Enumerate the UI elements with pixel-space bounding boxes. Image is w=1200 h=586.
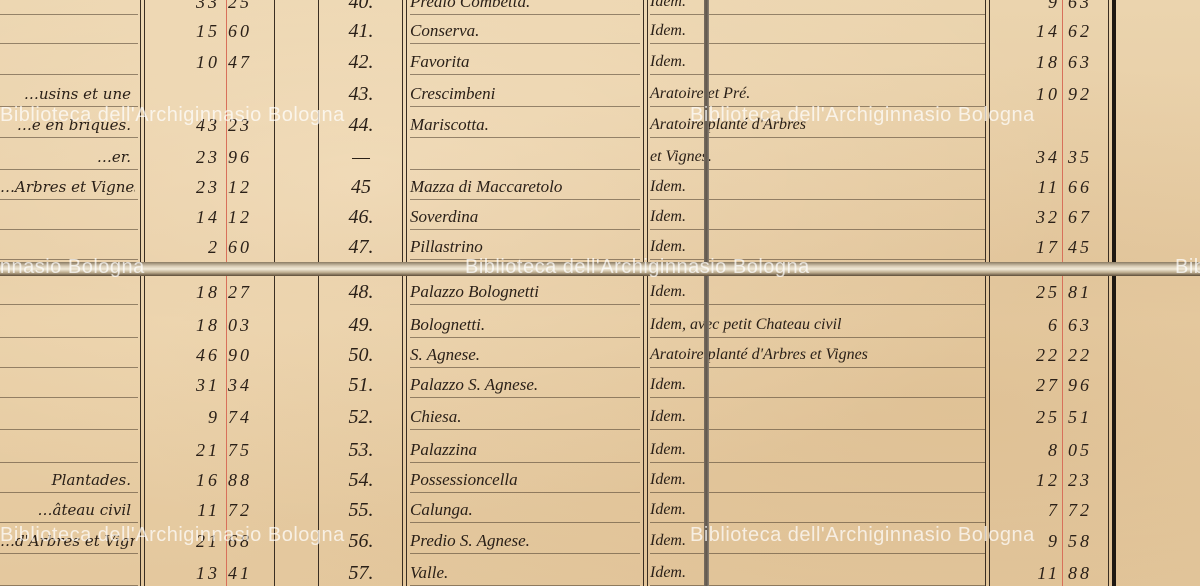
ledger-line <box>650 199 985 200</box>
ledger-line <box>650 397 985 398</box>
table-row: 313451.Palazzo S. Agnese.Idem.2796 <box>0 371 1200 399</box>
ledger-line <box>0 74 138 75</box>
ledger-line <box>650 337 985 338</box>
cultivation-type: Idem. <box>650 203 988 231</box>
area-decimal: 81 <box>1068 278 1114 306</box>
table-row: 97452.Chiesa.Idem.2551 <box>0 403 1200 431</box>
ledger-line <box>410 43 640 44</box>
parcel-name: Palazzo S. Agnese. <box>410 371 642 399</box>
area-decimal: 63 <box>1068 311 1114 339</box>
prior-area-integer: 10 <box>150 48 220 76</box>
area-integer: 25 <box>990 403 1060 431</box>
prior-area-decimal: 60 <box>228 233 288 261</box>
area-decimal: 72 <box>1068 496 1114 524</box>
cultivation-type: Idem. <box>650 466 988 494</box>
parcel-name: Mariscotta. <box>410 111 642 139</box>
area-integer: 9 <box>990 0 1060 16</box>
area-integer: 14 <box>990 17 1060 45</box>
area-decimal: 58 <box>1068 527 1114 555</box>
area-decimal: 63 <box>1068 48 1114 76</box>
ledger-line <box>410 337 640 338</box>
ledger-line <box>650 74 985 75</box>
prior-area-integer: 23 <box>150 173 220 201</box>
prior-column-description <box>0 341 135 369</box>
parcel-name: Valle. <box>410 559 642 586</box>
ledger-line <box>0 199 138 200</box>
cultivation-type: Idem. <box>650 278 988 306</box>
ledger-line <box>650 522 985 523</box>
ledger-line <box>650 304 985 305</box>
entry-number: 49. <box>320 311 402 339</box>
ledger-line <box>650 492 985 493</box>
prior-column-description <box>0 436 135 464</box>
ledger-line <box>410 169 640 170</box>
prior-area-integer: 31 <box>150 371 220 399</box>
table-row: 104742.FavoritaIdem.1863 <box>0 48 1200 76</box>
cultivation-type: et Vignes. <box>650 143 988 171</box>
entry-number: 48. <box>320 278 402 306</box>
ledger-line <box>650 367 985 368</box>
ledger-line <box>650 429 985 430</box>
area-integer: 32 <box>990 203 1060 231</box>
area-integer: 18 <box>990 48 1060 76</box>
ledger-line <box>0 304 138 305</box>
entry-number: 46. <box>320 203 402 231</box>
watermark: Biblioteca dell'Archiginnasio Bologna <box>690 104 1035 127</box>
entry-number: 52. <box>320 403 402 431</box>
cultivation-type: Idem. <box>650 559 988 586</box>
parcel-name: Conserva. <box>410 17 642 45</box>
ledger-line <box>0 337 138 338</box>
ledger-line <box>410 492 640 493</box>
parcel-name: Soverdina <box>410 203 642 231</box>
prior-area-integer: 15 <box>150 17 220 45</box>
table-row: 134157.Valle.Idem.1188 <box>0 559 1200 586</box>
cultivation-type: Idem. <box>650 403 988 431</box>
ledger-line <box>410 462 640 463</box>
ledger-line <box>0 553 138 554</box>
entry-number: — <box>320 143 402 171</box>
watermark: Biblioteca dell'Archiginnasio Bologna <box>0 104 345 127</box>
prior-column-description: …âteau civil <box>0 496 135 524</box>
parcel-name: S. Agnese. <box>410 341 642 369</box>
ledger-line <box>410 74 640 75</box>
table-row: 217553.PalazzinaIdem.805 <box>0 436 1200 464</box>
cultivation-type: Idem. <box>650 48 988 76</box>
ledger-line <box>650 553 985 554</box>
prior-area-decimal: 27 <box>228 278 288 306</box>
prior-area-integer: 18 <box>150 311 220 339</box>
parcel-name: Favorita <box>410 48 642 76</box>
table-row: 182748.Palazzo BolognettiIdem.2581 <box>0 278 1200 306</box>
table-row: 141246.SoverdinaIdem.3267 <box>0 203 1200 231</box>
entry-number: 53. <box>320 436 402 464</box>
watermark: Biblioteca dell'Archiginnasio Bologna <box>1175 256 1200 279</box>
prior-column-description <box>0 203 135 231</box>
prior-area-decimal: 75 <box>228 436 288 464</box>
ledger-line <box>410 522 640 523</box>
cultivation-type: Idem. <box>650 436 988 464</box>
parcel-name <box>410 143 642 171</box>
prior-area-decimal: 12 <box>228 203 288 231</box>
entry-number: 51. <box>320 371 402 399</box>
area-integer: 7 <box>990 496 1060 524</box>
entry-number: 42. <box>320 48 402 76</box>
ledger-line <box>410 14 640 15</box>
watermark: Biblioteca dell'Archiginnasio Bologna <box>0 256 145 279</box>
area-integer: 27 <box>990 371 1060 399</box>
watermark: Biblioteca dell'Archiginnasio Bologna <box>0 524 345 547</box>
ledger-line <box>650 169 985 170</box>
prior-area-integer: 21 <box>150 436 220 464</box>
prior-area-decimal: 41 <box>228 559 288 586</box>
prior-area-decimal: 25 <box>228 0 288 16</box>
entry-number: 41. <box>320 17 402 45</box>
table-row: …er.2396—et Vignes.3435 <box>0 143 1200 171</box>
prior-area-decimal: 03 <box>228 311 288 339</box>
ledger-line <box>0 462 138 463</box>
prior-area-decimal: 74 <box>228 403 288 431</box>
ledger-line <box>650 229 985 230</box>
cultivation-type: Idem. <box>650 173 988 201</box>
prior-area-integer: 18 <box>150 278 220 306</box>
entry-number: 55. <box>320 496 402 524</box>
table-row: Plantades.168854.PossessioncellaIdem.122… <box>0 466 1200 494</box>
prior-column-description: …Arbres et Vignes <box>0 173 135 201</box>
watermark: Biblioteca dell'Archiginnasio Bologna <box>465 256 810 279</box>
ledger-line <box>0 492 138 493</box>
prior-area-integer: 23 <box>150 143 220 171</box>
area-decimal: 66 <box>1068 173 1114 201</box>
prior-area-integer: 46 <box>150 341 220 369</box>
parcel-name: Crescimbeni <box>410 80 642 108</box>
area-decimal: 63 <box>1068 0 1114 16</box>
area-decimal: 62 <box>1068 17 1114 45</box>
ledger-line <box>410 397 640 398</box>
prior-area-integer: 33 <box>150 0 220 16</box>
table-row: 156041.Conserva.Idem.1462 <box>0 17 1200 45</box>
ledger-line <box>0 14 138 15</box>
ledger-line <box>650 43 985 44</box>
prior-column-description <box>0 371 135 399</box>
cultivation-type: Aratoire planté d'Arbres et Vignes <box>650 341 988 369</box>
parcel-name: Possessioncella <box>410 466 642 494</box>
cultivation-type: Idem. <box>650 371 988 399</box>
area-decimal: 35 <box>1068 143 1114 171</box>
area-integer: 8 <box>990 436 1060 464</box>
ledger-line <box>410 106 640 107</box>
area-integer: 6 <box>990 311 1060 339</box>
area-integer: 11 <box>990 173 1060 201</box>
area-integer: 17 <box>990 233 1060 261</box>
parcel-name: Palazzo Bolognetti <box>410 278 642 306</box>
prior-area-decimal: 96 <box>228 143 288 171</box>
area-integer: 34 <box>990 143 1060 171</box>
prior-area-decimal: 90 <box>228 341 288 369</box>
ledger-line <box>410 199 640 200</box>
ledger-line <box>410 229 640 230</box>
ledger-line <box>0 367 138 368</box>
parcel-name: Bolognetti. <box>410 311 642 339</box>
area-integer: 25 <box>990 278 1060 306</box>
ledger-line <box>0 397 138 398</box>
cultivation-type: Idem. <box>650 496 988 524</box>
prior-area-integer: 14 <box>150 203 220 231</box>
ledger-line <box>0 43 138 44</box>
ledger-line <box>410 137 640 138</box>
table-row: 469050.S. Agnese.Aratoire planté d'Arbre… <box>0 341 1200 369</box>
prior-area-decimal: 12 <box>228 173 288 201</box>
area-integer: 12 <box>990 466 1060 494</box>
entry-number: 57. <box>320 559 402 586</box>
prior-area-integer: 16 <box>150 466 220 494</box>
area-decimal: 22 <box>1068 341 1114 369</box>
prior-area-decimal: 88 <box>228 466 288 494</box>
ledger-line <box>0 522 138 523</box>
ledger-line <box>410 553 640 554</box>
parcel-name: Mazza di Maccaretolo <box>410 173 642 201</box>
prior-column-description <box>0 403 135 431</box>
ledger-line <box>410 429 640 430</box>
area-decimal: 45 <box>1068 233 1114 261</box>
prior-area-integer: 2 <box>150 233 220 261</box>
entry-number: 54. <box>320 466 402 494</box>
area-decimal: 23 <box>1068 466 1114 494</box>
entry-number: 40. <box>320 0 402 16</box>
parcel-name: Palazzina <box>410 436 642 464</box>
area-decimal: 92 <box>1068 80 1114 108</box>
vertical-paper-fold <box>704 0 709 586</box>
prior-area-integer: 11 <box>150 496 220 524</box>
cultivation-type: Idem. <box>650 17 988 45</box>
table-row: 180349.Bolognetti.Idem, avec petit Chate… <box>0 311 1200 339</box>
prior-column-description: Plantades. <box>0 466 135 494</box>
ledger-line <box>410 367 640 368</box>
area-decimal: 88 <box>1068 559 1114 586</box>
watermark: Biblioteca dell'Archiginnasio Bologna <box>690 524 1035 547</box>
area-decimal: 67 <box>1068 203 1114 231</box>
ledger-line <box>0 429 138 430</box>
ledger-line <box>410 304 640 305</box>
area-decimal <box>1068 111 1114 139</box>
ledger-line <box>650 137 985 138</box>
ledger-line <box>0 169 138 170</box>
entry-number: 50. <box>320 341 402 369</box>
prior-column-description <box>0 278 135 306</box>
table-row: …âteau civil117255.Calunga.Idem.772 <box>0 496 1200 524</box>
parcel-name: Chiesa. <box>410 403 642 431</box>
prior-column-description <box>0 559 135 586</box>
area-integer: 11 <box>990 559 1060 586</box>
prior-column-description: …er. <box>0 143 135 171</box>
prior-area-integer: 13 <box>150 559 220 586</box>
entry-number: 45 <box>320 173 402 201</box>
prior-area-decimal: 47 <box>228 48 288 76</box>
ledger-line <box>0 137 138 138</box>
ledger-line <box>650 14 985 15</box>
entry-number: 47. <box>320 233 402 261</box>
prior-column-description <box>0 17 135 45</box>
ledger-line <box>650 462 985 463</box>
ledger-line <box>0 229 138 230</box>
area-integer: 22 <box>990 341 1060 369</box>
prior-area-decimal: 72 <box>228 496 288 524</box>
parcel-name: Calunga. <box>410 496 642 524</box>
prior-column-description <box>0 48 135 76</box>
table-row: …Arbres et Vignes231245Mazza di Maccaret… <box>0 173 1200 201</box>
prior-area-decimal: 60 <box>228 17 288 45</box>
area-decimal: 51 <box>1068 403 1114 431</box>
cultivation-type: Idem, avec petit Chateau civil <box>650 311 988 339</box>
prior-column-description <box>0 311 135 339</box>
area-decimal: 96 <box>1068 371 1114 399</box>
prior-area-integer: 9 <box>150 403 220 431</box>
parcel-name: Predio S. Agnese. <box>410 527 642 555</box>
prior-area-decimal: 34 <box>228 371 288 399</box>
area-decimal: 05 <box>1068 436 1114 464</box>
